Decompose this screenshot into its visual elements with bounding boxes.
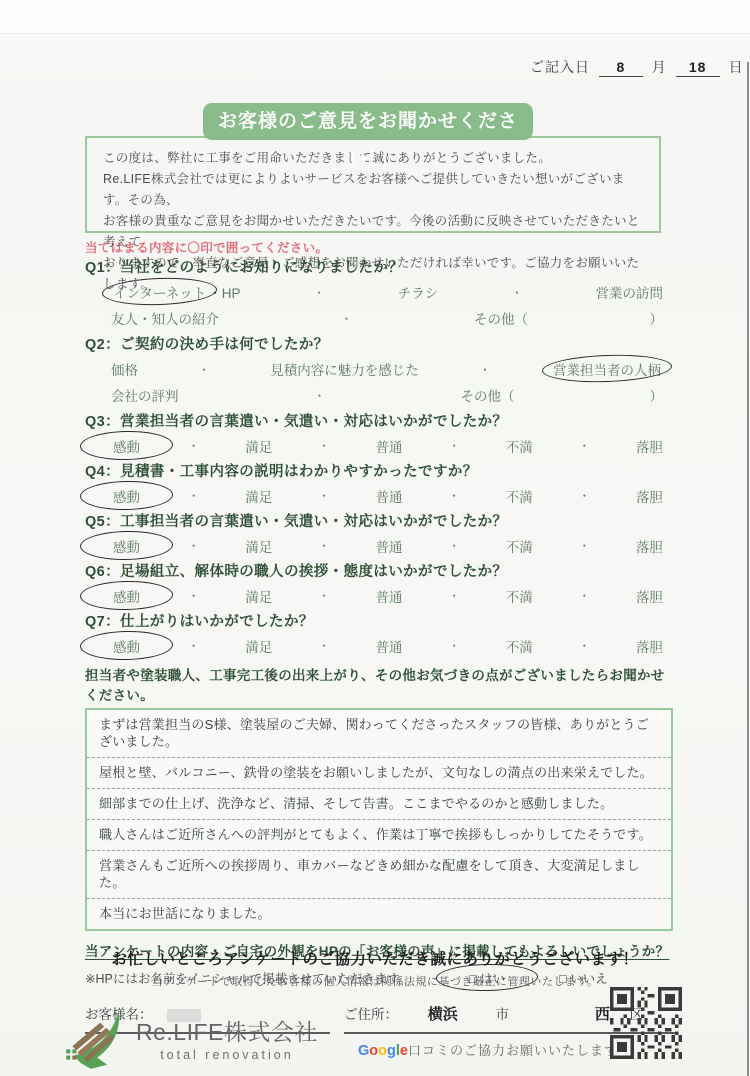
separator-dot: ・ [318,437,330,454]
option-text: 普通 [375,540,402,555]
question-option: 会社の評判 [111,385,179,405]
circled-answer: 感動 [111,486,142,506]
question-option: 満足 [245,586,272,606]
question-option: 落胆 [636,486,663,506]
question-option: 感動 [111,536,142,556]
company-logo-text: Re.LIFE株式会社 total renovation [136,1014,318,1062]
comment-row: 職人さんはご近所さんへの評判がとてもよく、作業は丁寧で挨拶もしっかりしてたそうで… [87,820,671,851]
separator-dot: ・ [448,587,460,604]
option-text: 不満 [506,540,533,555]
option-text: 価格 [111,363,138,378]
option-text: 落胆 [636,490,663,505]
google-letter: g [387,1043,396,1059]
separator-dot: ・ [578,637,590,654]
question-option: 落胆 [636,586,663,606]
question-option: 不満 [506,586,533,606]
circled-answer: 感動 [111,436,142,456]
separator-dot: ・ [313,387,325,404]
separator-dot: ・ [578,487,590,504]
question-option: 不満 [506,536,533,556]
scan-artifact-top [0,0,750,34]
google-letter: o [378,1043,387,1059]
question-option: 不満 [506,486,533,506]
question-options-row: 感動・満足・普通・不満・落胆 [111,534,663,557]
comments-prompt: 担当者や塗装職人、工事完工後の出来上がり、その他お気づきの点がございましたらお聞… [85,664,675,704]
option-text: 落胆 [636,540,663,555]
question-options-row: 価格・見積内容に魅力を感じた・営業担当者の人柄 [111,357,663,381]
question-option: 友人・知人の紹介 [111,308,219,328]
option-text: 不満 [506,440,533,455]
question-title: Q5：工事担当者の言葉遣い・気遣い・対応はいかがでしたか？ [85,512,675,533]
comment-row: まずは営業担当のS様、塗装屋のご夫婦、関わってくださったスタッフの皆様、ありがと… [87,710,671,758]
option-text: 落胆 [636,640,663,655]
intro-line: お客様の貴重なご意見をお聞かせいただきたいです。今後の活動に反映させていただきた… [103,211,647,253]
option-text: 満足 [245,640,272,655]
google-letter: G [358,1043,369,1059]
separator-dot: ・ [479,361,491,378]
form-body: 当てはまる内容に〇印で囲ってください。 Q1：当社をどのようにお知りになりました… [85,238,675,1034]
address-city-value: 横浜 [428,1006,458,1023]
option-text: 落胆 [636,590,663,605]
separator-dot: ・ [188,587,200,604]
separator-dot: ・ [188,437,200,454]
question-option: 満足 [245,636,272,656]
question-option: 満足 [245,436,272,456]
address-label: ご住所： [344,1007,398,1022]
question-option: 普通 [375,586,402,606]
date-label: ご記入日 [530,59,590,75]
option-text: 普通 [375,640,402,655]
option-text: 落胆 [636,440,663,455]
question-title: Q3：営業担当者の言葉遣い・気遣い・対応はいかがでしたか？ [85,412,675,433]
option-text: 普通 [375,440,402,455]
question-title: Q4：見積書・工事内容の説明はわかりやすかったですか？ [85,462,675,483]
qr-code [607,987,685,1059]
question-options-row: 友人・知人の紹介・その他（） [111,306,663,330]
company-tagline: total renovation [136,1048,318,1062]
option-text: その他（ [474,312,528,327]
question-option: 感動 [111,586,142,606]
google-review-text: 口コミのご協力お願いいたします⇒ [408,1043,630,1058]
option-text: 不満 [506,590,533,605]
question-option: 普通 [375,436,402,456]
comment-row: 営業さんもご近所への挨拶周り、車カバーなどきめ細かな配慮をして頂き、大変満足しま… [87,851,671,899]
question-option: 満足 [245,536,272,556]
option-text: 友人・知人の紹介 [111,312,219,327]
question-title: Q6：足場組立、解体時の職人の挨拶・態度はいかがでしたか？ [85,562,675,583]
option-text: 満足 [245,440,272,455]
circled-answer: 感動 [111,636,142,656]
option-text: 満足 [245,490,272,505]
google-logo-text: Google [358,1043,408,1059]
company-logo: Re.LIFE株式会社 total renovation [60,1006,318,1070]
separator-dot: ・ [318,637,330,654]
question-option: 不満 [506,436,533,456]
date-month-suffix: 月 [652,59,667,75]
question-title: Q2：ご契約の決め手は何でしたか？ [85,335,675,356]
separator-dot: ・ [340,310,352,327]
question-title: Q7：仕上がりはいかがでしたか？ [85,612,675,633]
question-options-row: 会社の評判・その他（） [111,383,663,407]
question-block: Q7：仕上がりはいかがでしたか？感動・満足・普通・不満・落胆 [85,612,675,657]
date-month-value: 8 [599,59,643,77]
question-option: 感動 [111,486,142,506]
circled-answer: 感動 [111,586,142,606]
question-option: 価格 [111,359,138,379]
separator-dot: ・ [448,437,460,454]
comment-row: 屋根と壁、バルコニー、鉄骨の塗装をお願いしましたが、文句なしの満点の出来栄えでし… [87,758,671,789]
scan-artifact-right-edge [747,62,749,1076]
comments-box: まずは営業担当のS様、塗装屋のご夫婦、関わってくださったスタッフの皆様、ありがと… [85,708,673,931]
question-block: Q2：ご契約の決め手は何でしたか？価格・見積内容に魅力を感じた・営業担当者の人柄… [85,335,675,407]
thank-you-message: お忙しいところアンケートのご協力いただき誠にありがとうございます！ [0,947,750,969]
option-text: 満足 [245,540,272,555]
google-letter: o [369,1043,378,1059]
comment-row: 細部までの仕上げ、洗浄など、清掃、そして告書。ここまでやるのかと感動しました。 [87,789,671,820]
date-day-suffix: 日 [729,59,744,75]
question-option: 普通 [375,536,402,556]
question-options-row: 感動・満足・普通・不満・落胆 [111,634,663,657]
separator-dot: ・ [578,437,590,454]
separator-dot: ・ [188,537,200,554]
question-option: 普通 [375,636,402,656]
question-option: 落胆 [636,436,663,456]
google-letter: e [400,1043,408,1059]
question-options-row: 感動・満足・普通・不満・落胆 [111,584,663,607]
question-block: Q3：営業担当者の言葉遣い・気遣い・対応はいかがでしたか？感動・満足・普通・不満… [85,412,675,457]
date-day-value: 18 [676,59,720,77]
close-paren: ） [649,308,663,328]
option-text: 不満 [506,490,533,505]
separator-dot: ・ [318,487,330,504]
google-review-request: Google口コミのご協力お願いいたします⇒ [358,1040,630,1059]
question-option: 落胆 [636,636,663,656]
question-options-row: 感動・満足・普通・不満・落胆 [111,434,663,457]
question-option: 落胆 [636,536,663,556]
question-option: 満足 [245,486,272,506]
question-option: その他（ [474,308,528,328]
option-text: 不満 [506,640,533,655]
question-option: 感動 [111,636,142,656]
question-block: Q6：足場組立、解体時の職人の挨拶・態度はいかがでしたか？感動・満足・普通・不満… [85,562,675,607]
separator-dot: ・ [448,487,460,504]
separator-dot: ・ [188,637,200,654]
question-block: Q5：工事担当者の言葉遣い・気遣い・対応はいかがでしたか？感動・満足・普通・不満… [85,512,675,557]
question-option: 普通 [375,486,402,506]
circled-answer: 感動 [111,536,142,556]
separator-dot: ・ [448,637,460,654]
question-option: 営業担当者の人柄 [551,359,663,379]
option-text: 会社の評判 [111,389,179,404]
separator-dot: ・ [578,587,590,604]
question-option: その他（ [460,385,514,405]
intro-line: おりますので、率直なご意見・ご感想をお聞かせいただければ幸いです。ご協力をお願い… [103,253,647,295]
company-logo-mark [60,1006,132,1070]
form-title: お客様のご意見をお聞かせください！ [203,103,533,140]
close-paren: ） [649,385,663,405]
fill-in-date: ご記入日 8 月 18 日 [530,57,744,77]
option-text: 普通 [375,590,402,605]
option-text: 見積内容に魅力を感じた [270,363,419,378]
option-text: 普通 [375,490,402,505]
separator-dot: ・ [448,537,460,554]
company-name: Re.LIFE株式会社 [136,1014,318,1047]
comment-row: 本当にお世話になりました。 [87,899,671,929]
question-option: 見積内容に魅力を感じた [270,359,419,379]
question-option: 感動 [111,436,142,456]
separator-dot: ・ [318,537,330,554]
questions-section: Q1：当社をどのようにお知りになりましたか？インターネット・HP・チラシ・営業の… [85,258,675,657]
question-block: Q4：見積書・工事内容の説明はわかりやすかったですか？感動・満足・普通・不満・落… [85,462,675,507]
question-options-row: 感動・満足・普通・不満・落胆 [111,484,663,507]
survey-form-scan: ご記入日 8 月 18 日 お客様のご意見をお聞かせください！ この度は、弊社に… [0,0,750,1076]
question-option: 不満 [506,636,533,656]
separator-dot: ・ [578,537,590,554]
circled-answer: 営業担当者の人柄 [551,359,663,379]
address-city-suffix: 市 [496,1007,510,1022]
separator-dot: ・ [188,487,200,504]
option-text: 満足 [245,590,272,605]
option-text: その他（ [460,389,514,404]
separator-dot: ・ [318,587,330,604]
separator-dot: ・ [198,361,210,378]
